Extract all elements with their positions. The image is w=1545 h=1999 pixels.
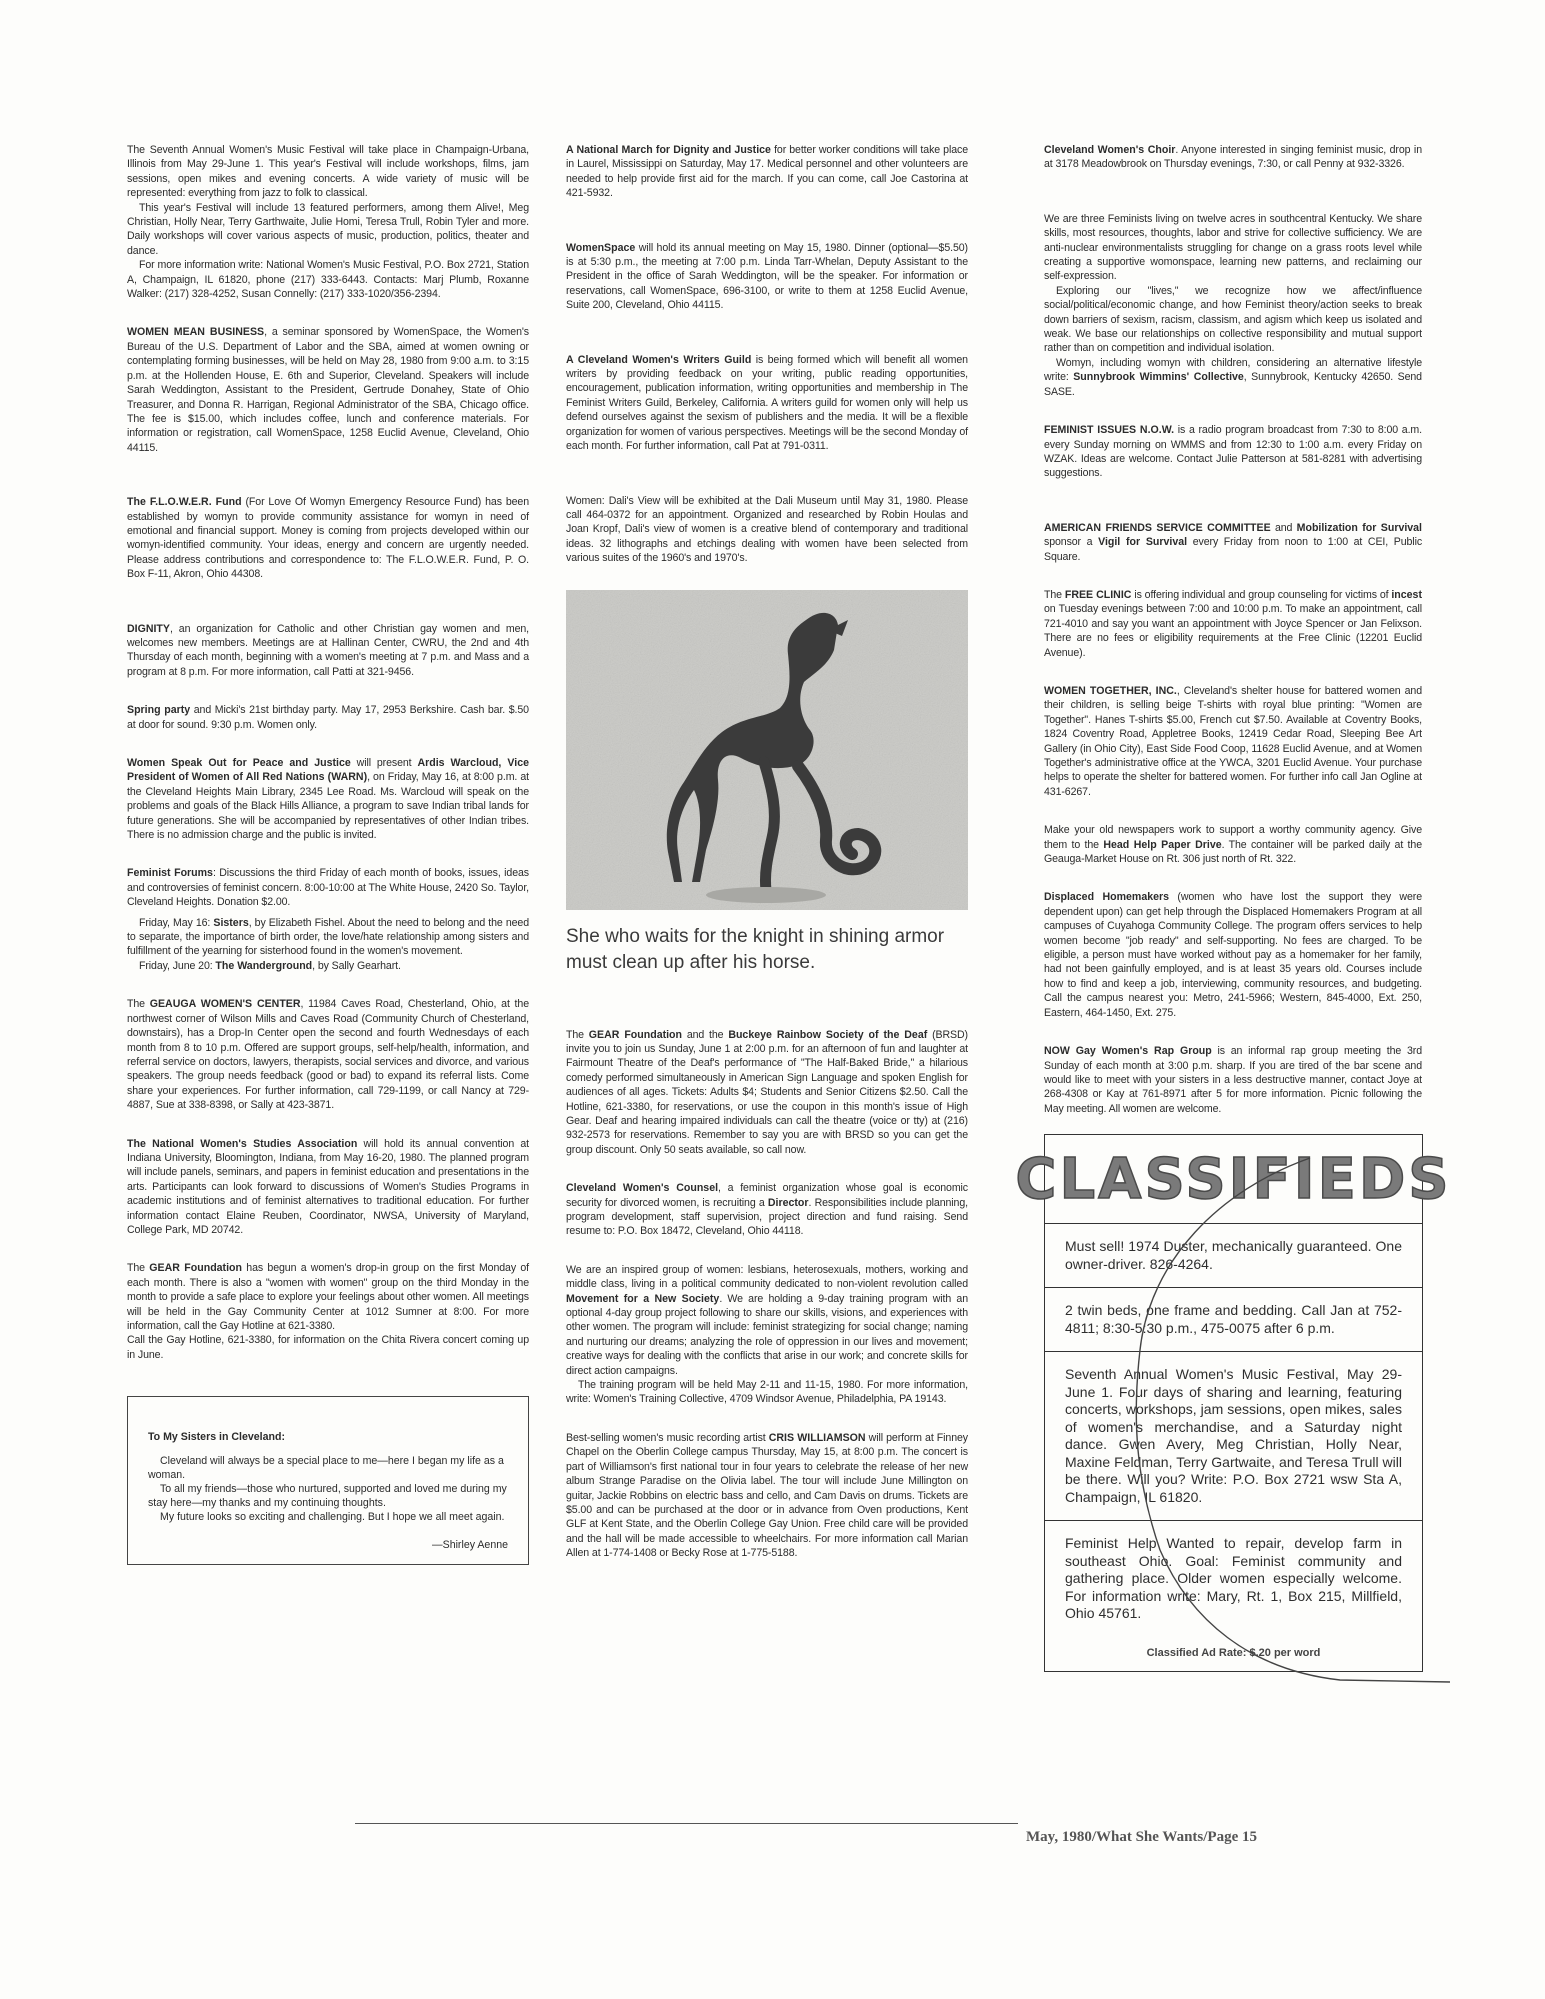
classified-ad: Feminist Help Wanted to repair, develop … xyxy=(1045,1521,1422,1637)
article-feminist-forums: Feminist Forums: Discussions the third F… xyxy=(127,866,529,973)
article-gear-foundation: The GEAR Foundation has begun a women's … xyxy=(127,1261,529,1362)
afsc-mid-2: sponsor a xyxy=(1044,536,1098,548)
dignity-title: DIGNITY xyxy=(127,623,170,635)
column-middle: A National March for Dignity and Justice… xyxy=(566,143,968,1585)
festival-p1: The Seventh Annual Women's Music Festiva… xyxy=(127,143,529,201)
article-music-festival: The Seventh Annual Women's Music Festiva… xyxy=(127,143,529,301)
article-spring-party: Spring party and Micki's 21st birthday p… xyxy=(127,703,529,732)
kentucky-collective-name: Sunnybrook Wimmins' Collective xyxy=(1073,371,1244,383)
speakout-title: Women Speak Out for Peace and Justice xyxy=(127,757,351,769)
horse-sculpture-photo xyxy=(566,590,968,910)
classifieds-box: CLASSIFIEDS Must sell! 1974 Duster, mech… xyxy=(1044,1134,1423,1672)
nwsa-title: The National Women's Studies Association xyxy=(127,1138,357,1150)
afsc-mid: and xyxy=(1271,522,1297,534)
together-body: , Cleveland's shelter house for battered… xyxy=(1044,685,1422,798)
kentucky-p1: We are three Feminists living on twelve … xyxy=(1044,212,1422,284)
article-free-clinic: The FREE CLINIC is offering individual a… xyxy=(1044,588,1422,660)
column-right: Cleveland Women's Choir. Anyone interest… xyxy=(1044,143,1422,1672)
forums-desc-2: , by Sally Gearhart. xyxy=(312,960,401,972)
choir-title: Cleveland Women's Choir xyxy=(1044,144,1175,156)
kentucky-p2: Exploring our "lives," we recognize how … xyxy=(1044,284,1422,356)
mns-body: We are an inspired group of women: lesbi… xyxy=(566,1264,968,1290)
speakout-mid: will present xyxy=(351,757,418,769)
festival-p2: This year's Festival will include 13 fea… xyxy=(127,201,529,259)
article-kentucky-collective: We are three Feminists living on twelve … xyxy=(1044,212,1422,399)
march-title: A National March for Dignity and Justice xyxy=(566,144,771,156)
counsel-title: Cleveland Women's Counsel xyxy=(566,1182,718,1194)
flower-title: The F.L.O.W.E.R. Fund xyxy=(127,496,242,508)
footer-rule xyxy=(355,1823,1018,1824)
radio-title: FEMINIST ISSUES N.O.W. xyxy=(1044,424,1174,436)
classified-ad: 2 twin beds, one frame and bedding. Call… xyxy=(1045,1288,1422,1352)
article-new-society: We are an inspired group of women: lesbi… xyxy=(566,1263,968,1407)
article-womens-choir: Cleveland Women's Choir. Anyone interest… xyxy=(1044,143,1422,172)
writers-body: is being formed which will benefit all w… xyxy=(566,354,968,452)
classified-ad-rate: Classified Ad Rate: $.20 per word xyxy=(1045,1637,1422,1671)
article-nwsa: The National Women's Studies Association… xyxy=(127,1137,529,1238)
article-geauga-center: The GEAUGA WOMEN'S CENTER, 11984 Caves R… xyxy=(127,997,529,1112)
counsel-director: Director xyxy=(768,1197,809,1209)
article-women-together: WOMEN TOGETHER, INC., Cleveland's shelte… xyxy=(1044,684,1422,799)
cris-title: CRIS WILLIAMSON xyxy=(769,1432,866,1444)
brsd-title: GEAR Foundation xyxy=(589,1029,682,1041)
gear-hotline: Call the Gay Hotline, 621-3380, for info… xyxy=(127,1333,529,1362)
brsd-pre: The xyxy=(566,1029,589,1041)
letter-title: To My Sisters in Cleveland: xyxy=(148,1431,285,1443)
article-flower-fund: The F.L.O.W.E.R. Fund (For Love Of Womyn… xyxy=(127,495,529,581)
paper-title: Head Help Paper Drive xyxy=(1103,839,1221,851)
business-title: WOMEN MEAN BUSINESS xyxy=(127,326,264,338)
letter-p1: Cleveland will always be a special place… xyxy=(148,1454,508,1482)
classifieds-title: CLASSIFIEDS xyxy=(1045,1135,1422,1224)
clinic-pre: The xyxy=(1044,589,1065,601)
article-paper-drive: Make your old newspapers work to support… xyxy=(1044,823,1422,866)
forums-book-1: Sisters xyxy=(213,917,248,929)
geauga-title: GEAUGA WOMEN'S CENTER xyxy=(150,998,301,1010)
forums-date-2: Friday, June 20: xyxy=(139,960,215,972)
afsc-title: AMERICAN FRIENDS SERVICE COMMITTEE xyxy=(1044,522,1271,534)
displaced-body: (women who have lost the support they we… xyxy=(1044,891,1422,1018)
gear-title: GEAR Foundation xyxy=(149,1262,242,1274)
letter-p3: My future looks so exciting and challeng… xyxy=(148,1510,508,1524)
clinic-body: is offering individual and group counsel… xyxy=(1131,589,1391,601)
festival-p3: For more information write: National Wom… xyxy=(127,258,529,301)
article-displaced-homemakers: Displaced Homemakers (women who have los… xyxy=(1044,890,1422,1020)
gear-pre: The xyxy=(127,1262,149,1274)
clinic-incest: incest xyxy=(1391,589,1422,601)
classified-ad: Seventh Annual Women's Music Festival, M… xyxy=(1045,1352,1422,1521)
afsc-vigil: Vigil for Survival xyxy=(1098,536,1187,548)
article-rap-group: NOW Gay Women's Rap Group is an informal… xyxy=(1044,1044,1422,1116)
business-body: , a seminar sponsored by WomenSpace, the… xyxy=(127,326,529,453)
article-writers-guild: A Cleveland Women's Writers Guild is bei… xyxy=(566,353,968,454)
brsd-body: (BRSD) invite you to join us Sunday, Jun… xyxy=(566,1029,968,1156)
article-women-mean-business: WOMEN MEAN BUSINESS, a seminar sponsored… xyxy=(127,325,529,455)
afsc-title-2: Mobilization for Survival xyxy=(1297,522,1422,534)
article-womenspace-meeting: WomenSpace will hold its annual meeting … xyxy=(566,241,968,313)
page-footer: May, 1980/What She Wants/Page 15 xyxy=(1026,1829,1257,1846)
geauga-pre: The xyxy=(127,998,150,1010)
article-afsc-vigil: AMERICAN FRIENDS SERVICE COMMITTEE and M… xyxy=(1044,521,1422,564)
dali-body: Women: Dali's View will be exhibited at … xyxy=(566,494,968,566)
horse-image xyxy=(566,590,968,910)
rap-title: NOW Gay Women's Rap Group xyxy=(1044,1045,1212,1057)
article-cris-williamson: Best-selling women's music recording art… xyxy=(566,1431,968,1561)
column-left: The Seventh Annual Women's Music Festiva… xyxy=(127,143,529,1565)
photo-caption: She who waits for the knight in shining … xyxy=(566,924,968,976)
mns-title: Movement for a New Society xyxy=(566,1293,719,1305)
clinic-title: FREE CLINIC xyxy=(1065,589,1132,601)
nwsa-body: will hold its annual convention at India… xyxy=(127,1138,529,1236)
article-dali: Women: Dali's View will be exhibited at … xyxy=(566,494,968,566)
article-dignity: DIGNITY, an organization for Catholic an… xyxy=(127,622,529,680)
letter-box: To My Sisters in Cleveland: Cleveland wi… xyxy=(127,1396,529,1565)
geauga-body: , 11984 Caves Road, Chesterland, Ohio, a… xyxy=(127,998,529,1111)
letter-signature: —Shirley Aenne xyxy=(148,1538,508,1552)
forums-title: Feminist Forums xyxy=(127,867,213,879)
article-national-march: A National March for Dignity and Justice… xyxy=(566,143,968,201)
displaced-title: Displaced Homemakers xyxy=(1044,891,1169,903)
letter-p2: To all my friends—those who nurtured, su… xyxy=(148,1482,508,1510)
cris-body: Best-selling women's music recording art… xyxy=(566,1432,769,1444)
writers-title: A Cleveland Women's Writers Guild xyxy=(566,354,751,366)
clinic-body-2: on Tuesday evenings between 7:00 and 10:… xyxy=(1044,603,1422,658)
forums-date-1: Friday, May 16: xyxy=(139,917,213,929)
mns-body-2: . We are holding a 9-day training progra… xyxy=(566,1293,968,1377)
article-brsd: The GEAR Foundation and the Buckeye Rain… xyxy=(566,1028,968,1158)
together-title: WOMEN TOGETHER, INC. xyxy=(1044,685,1177,697)
dignity-body: , an organization for Catholic and other… xyxy=(127,623,529,678)
womenspace-title: WomenSpace xyxy=(566,242,635,254)
brsd-mid: and the xyxy=(682,1029,728,1041)
forums-book-2: The Wanderground xyxy=(215,960,312,972)
cris-body-2: will perform at Finney Chapel on the Obe… xyxy=(566,1432,968,1559)
flower-body: (For Love Of Womyn Emergency Resource Fu… xyxy=(127,496,529,580)
mns-training-dates: The training program will be held May 2-… xyxy=(566,1378,968,1407)
classified-ad: Must sell! 1974 Duster, mechanically gua… xyxy=(1045,1224,1422,1288)
brsd-title-2: Buckeye Rainbow Society of the Deaf xyxy=(728,1029,927,1041)
article-speak-out: Women Speak Out for Peace and Justice wi… xyxy=(127,756,529,842)
article-feminist-issues-radio: FEMINIST ISSUES N.O.W. is a radio progra… xyxy=(1044,423,1422,481)
article-womens-counsel: Cleveland Women's Counsel, a feminist or… xyxy=(566,1181,968,1239)
spring-title: Spring party xyxy=(127,704,190,716)
